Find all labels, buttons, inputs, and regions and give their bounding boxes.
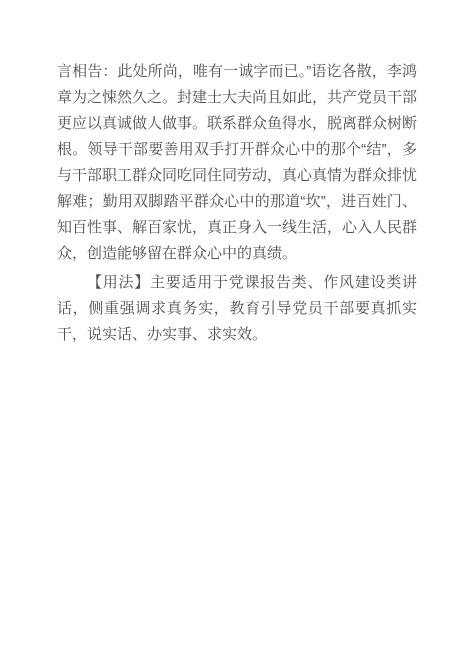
body-paragraph: 言相告：此处所尚，唯有一诚字而已。”语讫各散，李鸿章为之悚然久之。封建士大夫尚且… [57, 59, 417, 267]
document-page: 言相告：此处所尚，唯有一诚字而已。”语讫各散，李鸿章为之悚然久之。封建士大夫尚且… [0, 0, 474, 670]
usage-paragraph: 【用法】主要适用于党课报告类、作风建设类讲话，侧重强调求真务实，教育引导党员干部… [57, 270, 417, 348]
